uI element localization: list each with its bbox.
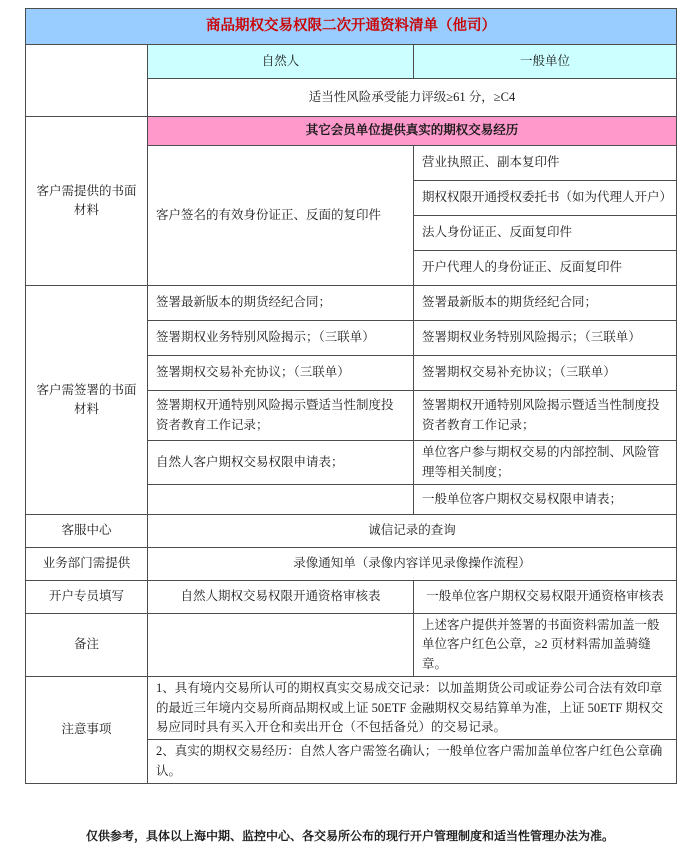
document-page: 商品期权交易权限二次开通资料清单（他司） 自然人 一般单位 适当性风险承受能力评… xyxy=(0,0,700,860)
provide-natural-cell: 客户签名的有效身份证正、反面的复印件 xyxy=(148,146,414,286)
sign-unit-cell: 一般单位客户期权交易权限申请表； xyxy=(414,485,677,515)
sign-unit-cell: 签署最新版本的期货经纪合同； xyxy=(414,286,677,321)
experience-highlight-cell: 其它会员单位提供真实的期权交易经历 xyxy=(148,117,677,146)
table-title: 商品期权交易权限二次开通资料清单（他司） xyxy=(26,9,677,45)
sign-natural-cell: 签署期权开通特别风险揭示暨适当性制度投资者教育工作记录； xyxy=(148,391,414,441)
top-left-empty-cell xyxy=(26,45,148,117)
sign-natural-cell: 签署期权交易补充协议；（三联单） xyxy=(148,356,414,391)
sign-natural-cell: 签署最新版本的期货经纪合同； xyxy=(148,286,414,321)
sign-natural-cell xyxy=(148,485,414,515)
account-officer-unit-cell: 一般单位客户期权交易权限开通资格审核表 xyxy=(414,581,677,614)
provide-unit-item: 期权权限开通授权委托书（如为代理人开户） xyxy=(414,181,677,216)
sign-unit-cell: 签署期权开通特别风险揭示暨适当性制度投资者教育工作记录； xyxy=(414,391,677,441)
section-label-sign: 客户需签署的书面材料 xyxy=(26,286,148,515)
suitability-cell: 适当性风险承受能力评级≥61 分，≥C4 xyxy=(148,79,677,117)
col-header-general-unit: 一般单位 xyxy=(414,45,677,79)
remark-natural-cell xyxy=(148,614,414,677)
disclaimer-footer: 仅供参考，具体以上海中期、监控中心、各交易所公布的现行开户管理制度和适当性管理办… xyxy=(0,827,700,844)
sign-natural-cell: 自然人客户期权交易权限申请表； xyxy=(148,441,414,485)
provide-unit-item: 法人身份证正、反面复印件 xyxy=(414,216,677,251)
account-officer-natural-cell: 自然人期权交易权限开通资格审核表 xyxy=(148,581,414,614)
sign-unit-cell: 单位客户参与期权交易的内部控制、风险管理等相关制度； xyxy=(414,441,677,485)
sign-unit-cell: 签署期权交易补充协议；（三联单） xyxy=(414,356,677,391)
section-label-account-officer: 开户专员填写 xyxy=(26,581,148,614)
requirements-table: 商品期权交易权限二次开通资料清单（他司） 自然人 一般单位 适当性风险承受能力评… xyxy=(25,8,677,784)
note-item: 1、具有境内交易所认可的期权真实交易成交记录：以加盖期货公司或证券公司合法有效印… xyxy=(148,677,677,740)
section-label-provide: 客户需提供的书面材料 xyxy=(26,117,148,286)
sign-natural-cell: 签署期权业务特别风险揭示；（三联单） xyxy=(148,321,414,356)
provide-unit-item: 开户代理人的身份证正、反面复印件 xyxy=(414,251,677,286)
service-center-value: 诚信记录的查询 xyxy=(148,515,677,548)
section-label-service-center: 客服中心 xyxy=(26,515,148,548)
remark-unit-cell: 上述客户提供并签署的书面资料需加盖一般单位客户红色公章，≥2 页材料需加盖骑缝章… xyxy=(414,614,677,677)
provide-unit-item: 营业执照正、副本复印件 xyxy=(414,146,677,181)
col-header-natural-person: 自然人 xyxy=(148,45,414,79)
section-label-remark: 备注 xyxy=(26,614,148,677)
section-label-notes: 注意事项 xyxy=(26,677,148,784)
section-label-business-dept: 业务部门需提供 xyxy=(26,548,148,581)
note-item: 2、真实的期权交易经历：自然人客户需签名确认；一般单位客户需加盖单位客户红色公章… xyxy=(148,740,677,784)
business-dept-value: 录像通知单（录像内容详见录像操作流程） xyxy=(148,548,677,581)
sign-unit-cell: 签署期权业务特别风险揭示；（三联单） xyxy=(414,321,677,356)
